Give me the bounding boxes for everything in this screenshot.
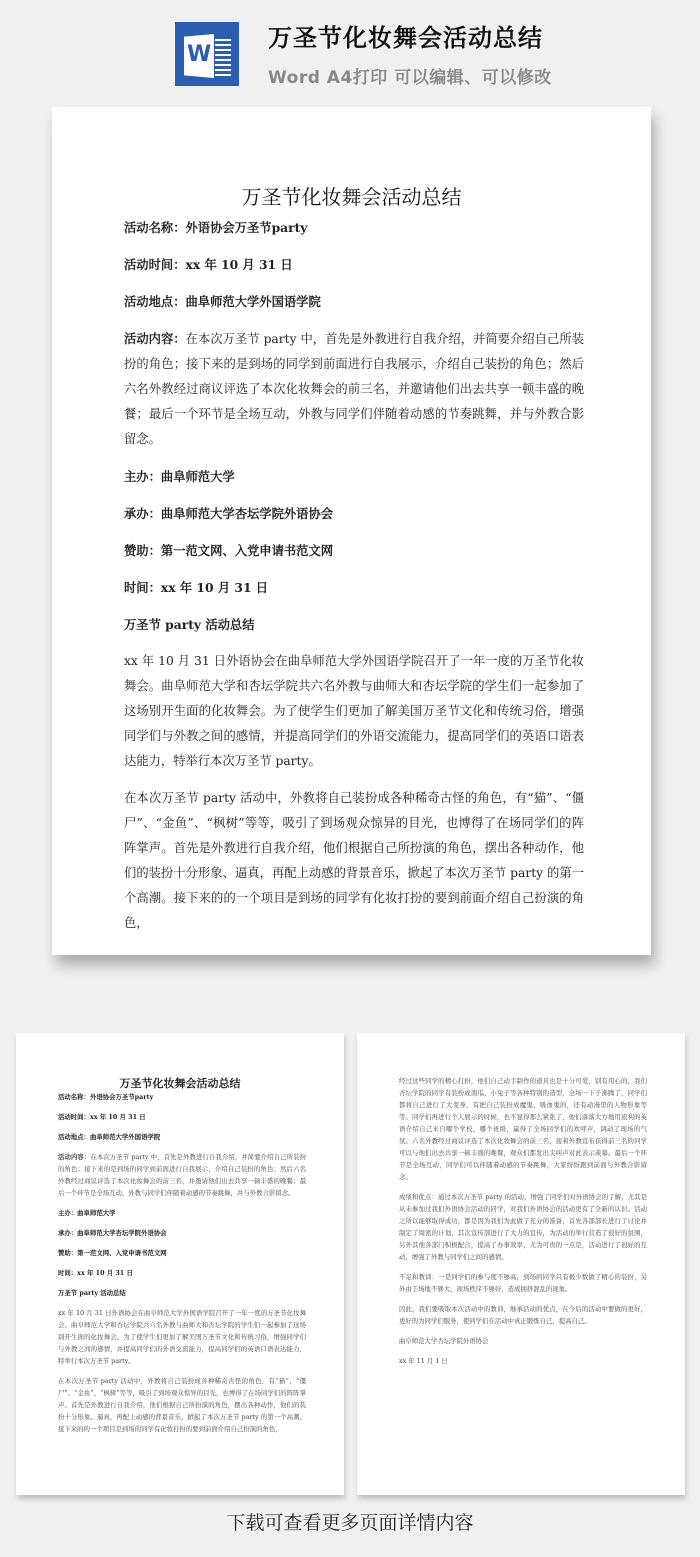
field-time: 时间：xx 年 10 月 31 日 <box>124 575 584 600</box>
field-label: 活动名称： <box>58 1093 90 1101</box>
field-label: 活动时间： <box>58 1113 90 1121</box>
field-sponsor: 赞助：第一范文网、入党申请书范文网 <box>58 1247 306 1259</box>
paragraph: xx 年 10 月 31 日外语协会在曲阜师范大学外国语学院召开了一年一度的万圣… <box>58 1307 306 1367</box>
field-activity-location: 活动地点：曲阜师范大学外国语学院 <box>58 1131 306 1143</box>
field-organizer: 承办：曲阜师范大学杏坛学院外语协会 <box>124 501 584 526</box>
thumbnail-body: 活动名称：外语协会万圣节party 活动时间：xx 年 10 月 31 日 活动… <box>58 1091 306 1443</box>
field-value: 第一范文网、入党申请书范文网 <box>77 1249 166 1257</box>
paragraph: 经过这些同学的精心打扮，他们自己动手制作的道具也是十分可爱，别有用心的，我们杏坛… <box>399 1075 647 1183</box>
paragraph: 因此，我们要吸取本次活动中的教训，继承活动的优点，在今后的活动中要做的更好，更好… <box>399 1303 647 1327</box>
field-time: 时间：xx 年 10 月 31 日 <box>58 1267 306 1279</box>
field-value: xx 年 10 月 31 日 <box>90 1113 146 1121</box>
field-value: 在本次万圣节 party 中，首先是外教进行自我介绍，并简要介绍自己所装扮的角色… <box>124 332 584 446</box>
field-value: 在本次万圣节 party 中，首先是外教进行自我介绍，并简要介绍自己所装扮的角色… <box>58 1153 306 1197</box>
field-value: 外语协会万圣节party <box>90 1093 153 1101</box>
header-subtitle: Word A4打印 可以编辑、可以修改 <box>268 63 552 88</box>
section-heading: 万圣节 party 活动总结 <box>124 612 584 637</box>
field-value: 曲阜师范大学 <box>77 1209 115 1217</box>
field-organizer: 承办：曲阜师范大学杏坛学院外语协会 <box>58 1227 306 1239</box>
signature-org: 曲阜师范大学杏坛学院外语协会 <box>399 1335 647 1347</box>
field-label: 承办： <box>58 1229 77 1237</box>
field-value: xx 年 10 月 31 日 <box>161 580 268 595</box>
field-label: 活动名称： <box>124 220 186 235</box>
section-heading: 万圣节 party 活动总结 <box>58 1287 306 1299</box>
document-page-preview: 万圣节化妆舞会活动总结 活动名称：外语协会万圣节party 活动时间：xx 年 … <box>52 107 651 955</box>
field-value: xx 年 10 月 31 日 <box>186 257 293 272</box>
word-icon: W <box>175 22 239 86</box>
field-label: 时间： <box>58 1269 77 1277</box>
thumbnail-title: 万圣节化妆舞会活动总结 <box>16 1075 344 1091</box>
paragraph: xx 年 10 月 31 日外语协会在曲阜师范大学外国语学院召开了一年一度的万圣… <box>124 649 584 774</box>
field-label: 活动内容： <box>124 331 186 346</box>
paragraph: 成绩和优点：通过本次万圣节 party 的活动，增强了同学们对外语协会的了解，尤… <box>399 1191 647 1263</box>
field-host: 主办：曲阜师范大学 <box>58 1207 306 1219</box>
field-activity-content: 活动内容：在本次万圣节 party 中，首先是外教进行自我介绍，并简要介绍自己所… <box>58 1151 306 1199</box>
header-title: 万圣节化妆舞会活动总结 <box>268 18 543 53</box>
field-host: 主办：曲阜师范大学 <box>124 464 584 489</box>
field-activity-time: 活动时间：xx 年 10 月 31 日 <box>58 1111 306 1123</box>
field-label: 活动时间： <box>124 257 186 272</box>
field-activity-name: 活动名称：外语协会万圣节party <box>124 215 584 240</box>
paragraph: 在本次万圣节 party 活动中，外教将自己装扮成各种稀奇古怪的角色，有“猫”、… <box>124 786 584 936</box>
document-title: 万圣节化妆舞会活动总结 <box>52 181 651 210</box>
field-label: 时间： <box>124 580 161 595</box>
field-value: 曲阜师范大学杏坛学院外语协会 <box>161 506 333 521</box>
field-activity-location: 活动地点：曲阜师范大学外国语学院 <box>124 289 584 314</box>
document-body: 活动名称：外语协会万圣节party 活动时间：xx 年 10 月 31 日 活动… <box>124 215 584 948</box>
field-activity-content: 活动内容：在本次万圣节 party 中，首先是外教进行自我介绍，并简要介绍自己所… <box>124 326 584 452</box>
field-label: 活动地点： <box>124 294 186 309</box>
thumbnail-body: 经过这些同学的精心打扮，他们自己动手制作的道具也是十分可爱，别有用心的，我们杏坛… <box>399 1075 647 1375</box>
field-value: 曲阜师范大学杏坛学院外语协会 <box>77 1229 166 1237</box>
field-value: 曲阜师范大学 <box>161 469 235 484</box>
download-more-link[interactable]: 下载可查看更多页面详情内容 <box>0 1508 700 1535</box>
field-value: 曲阜师范大学外国语学院 <box>90 1133 160 1141</box>
field-value: 外语协会万圣节party <box>186 220 308 235</box>
thumbnail-page-1: 万圣节化妆舞会活动总结 活动名称：外语协会万圣节party 活动时间：xx 年 … <box>16 1033 344 1495</box>
field-label: 活动地点： <box>58 1133 90 1141</box>
field-value: 第一范文网、入党申请书范文网 <box>161 543 333 558</box>
field-sponsor: 赞助：第一范文网、入党申请书范文网 <box>124 538 584 563</box>
thumbnail-page-2: 经过这些同学的精心打扮，他们自己动手制作的道具也是十分可爱，别有用心的，我们杏坛… <box>357 1033 685 1495</box>
field-activity-time: 活动时间：xx 年 10 月 31 日 <box>124 252 584 277</box>
field-label: 赞助： <box>58 1249 77 1257</box>
header: W 万圣节化妆舞会活动总结 Word A4打印 可以编辑、可以修改 <box>0 0 700 100</box>
field-value: 曲阜师范大学外国语学院 <box>186 294 321 309</box>
field-label: 承办： <box>124 506 161 521</box>
word-icon-lines <box>215 39 231 79</box>
field-label: 活动内容： <box>58 1153 90 1161</box>
paragraph: 在本次万圣节 party 活动中，外教将自己装扮成各种稀奇古怪的角色，有“猫”、… <box>58 1375 306 1435</box>
word-icon-letter: W <box>187 42 211 68</box>
paragraph: 不足和教训：一是同学们的参与度不够高，到场的同学只有极少数做了精心的装扮，另外由… <box>399 1271 647 1295</box>
signature-date: xx 年 11 月 1 日 <box>399 1355 647 1367</box>
field-activity-name: 活动名称：外语协会万圣节party <box>58 1091 306 1103</box>
field-label: 赞助： <box>124 543 161 558</box>
field-label: 主办： <box>58 1209 77 1217</box>
field-label: 主办： <box>124 469 161 484</box>
field-value: xx 年 10 月 31 日 <box>77 1269 133 1277</box>
